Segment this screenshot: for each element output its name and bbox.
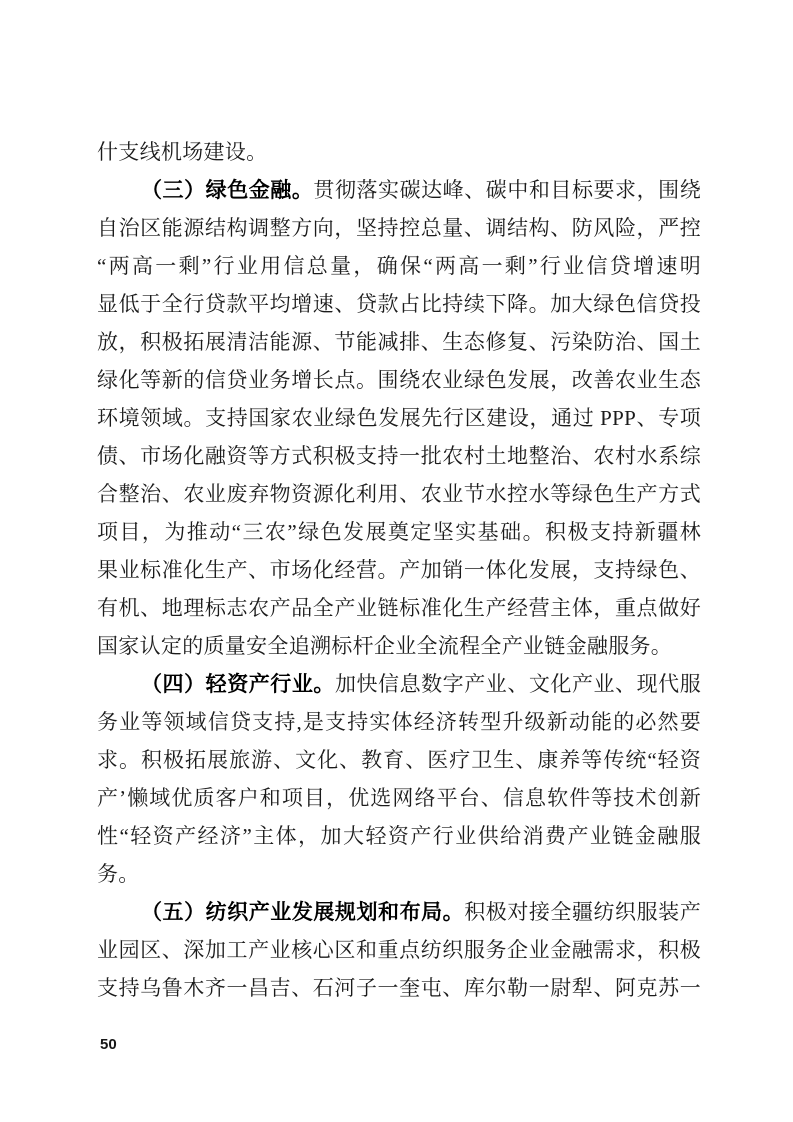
body-text: 显低于全行贷款平均增速、贷款占比持续下降。加大绿色信贷投 (97, 292, 701, 316)
page-body-text: 什支线机场建设。（三）绿色金融。贯彻落实碳达峰、碳中和目标要求，围绕自治区能源结… (97, 133, 701, 1007)
body-text: 绿化等新的信贷业务增长点。围绕农业绿色发展，改善农业生态 (97, 368, 701, 392)
text-line: 绿化等新的信贷业务增长点。围绕农业绿色发展，改善农业生态 (97, 361, 701, 399)
text-line: 支持乌鲁木齐一昌吉、石河子一奎屯、库尔勒一尉犁、阿克苏一 (97, 969, 701, 1007)
body-text: “两高一剩”行业用信总量，确保“两高一剩”行业信贷增速明 (97, 254, 701, 278)
body-text: 求。积极拓展旅游、文化、教育、医疗卫生、康养等传统“轻资 (97, 748, 701, 772)
body-text: 性“轻资产经济”主体，加大轻资产行业供给消费产业链金融服 (97, 824, 701, 848)
body-text: 加快信息数字产业、文化产业、现代服 (335, 672, 701, 696)
text-line: 产’懒域优质客户和项目，优选网络平台、信息软件等技术创新 (97, 779, 701, 817)
body-text: 产’懒域优质客户和项目，优选网络平台、信息软件等技术创新 (97, 786, 701, 810)
text-line: 务业等领域信贷支持,是支持实体经济转型升级新动能的必然要 (97, 703, 701, 741)
text-line: 合整治、农业废弃物资源化利用、农业节水控水等绿色生产方式 (97, 475, 701, 513)
text-line: 务。 (97, 855, 701, 893)
text-line: 显低于全行贷款平均增速、贷款占比持续下降。加大绿色信贷投 (97, 285, 701, 323)
text-line: “两高一剩”行业用信总量，确保“两高一剩”行业信贷增速明 (97, 247, 701, 285)
text-line: （五）纺织产业发展规划和布局。积极对接全疆纺织服装产 (97, 893, 701, 931)
body-text: 积极对接全疆纺织服装产 (464, 900, 701, 924)
page-number: 50 (100, 1036, 117, 1053)
text-line: 求。积极拓展旅游、文化、教育、医疗卫生、康养等传统“轻资 (97, 741, 701, 779)
section-heading: （三）绿色金融。 (141, 178, 313, 202)
body-text: 贯彻落实碳达峰、碳中和目标要求，围绕 (313, 178, 701, 202)
text-line: 什支线机场建设。 (97, 133, 701, 171)
body-text: 支持乌鲁木齐一昌吉、石河子一奎屯、库尔勒一尉犁、阿克苏一 (97, 976, 701, 1000)
text-line: 放，积极拓展清洁能源、节能减排、生态修复、污染防治、国土 (97, 323, 701, 361)
section-heading: （四）轻资产行业。 (141, 672, 335, 696)
text-line: 自治区能源结构调整方向，坚持控总量、调结构、防风险，严控 (97, 209, 701, 247)
body-text: 果业标准化生产、市场化经营。产加销一体化发展，支持绿色、 (97, 558, 701, 582)
text-line: 项目，为推动“三农”绿色发展奠定坚实基础。积极支持新疆林 (97, 513, 701, 551)
body-text: 项目，为推动“三农”绿色发展奠定坚实基础。积极支持新疆林 (97, 520, 701, 544)
body-text: 合整治、农业废弃物资源化利用、农业节水控水等绿色生产方式 (97, 482, 701, 506)
text-line: 环境领域。支持国家农业绿色发展先行区建设，通过 PPP、专项 (97, 399, 701, 437)
body-text: 务。 (97, 862, 140, 886)
body-text: 放，积极拓展清洁能源、节能减排、生态修复、污染防治、国土 (97, 330, 701, 354)
body-text: 自治区能源结构调整方向，坚持控总量、调结构、防风险，严控 (97, 216, 701, 240)
text-line: 债、市场化融资等方式积极支持一批农村土地整治、农村水系综 (97, 437, 701, 475)
body-text: 有机、地理标志农产品全产业链标准化生产经营主体，重点做好 (97, 596, 701, 620)
body-text: 国家认定的质量安全追溯标杆企业全流程全产业链金融服务。 (97, 634, 672, 658)
section-heading: （五）纺织产业发展规划和布局。 (141, 900, 464, 924)
body-text: 债、市场化融资等方式积极支持一批农村土地整治、农村水系综 (97, 444, 701, 468)
text-line: 有机、地理标志农产品全产业链标准化生产经营主体，重点做好 (97, 589, 701, 627)
body-text: 环境领域。支持国家农业绿色发展先行区建设，通过 PPP、专项 (97, 406, 701, 430)
text-line: （三）绿色金融。贯彻落实碳达峰、碳中和目标要求，围绕 (97, 171, 701, 209)
text-line: 性“轻资产经济”主体，加大轻资产行业供给消费产业链金融服 (97, 817, 701, 855)
text-line: （四）轻资产行业。加快信息数字产业、文化产业、现代服 (97, 665, 701, 703)
text-line: 国家认定的质量安全追溯标杆企业全流程全产业链金融服务。 (97, 627, 701, 665)
document-page: 什支线机场建设。（三）绿色金融。贯彻落实碳达峰、碳中和目标要求，围绕自治区能源结… (0, 0, 793, 1122)
text-line: 业园区、深加工产业核心区和重点纺织服务企业金融需求，积极 (97, 931, 701, 969)
body-text: 什支线机场建设。 (97, 140, 267, 164)
body-text: 业园区、深加工产业核心区和重点纺织服务企业金融需求，积极 (97, 938, 701, 962)
body-text: 务业等领域信贷支持,是支持实体经济转型升级新动能的必然要 (97, 710, 701, 734)
text-line: 果业标准化生产、市场化经营。产加销一体化发展，支持绿色、 (97, 551, 701, 589)
